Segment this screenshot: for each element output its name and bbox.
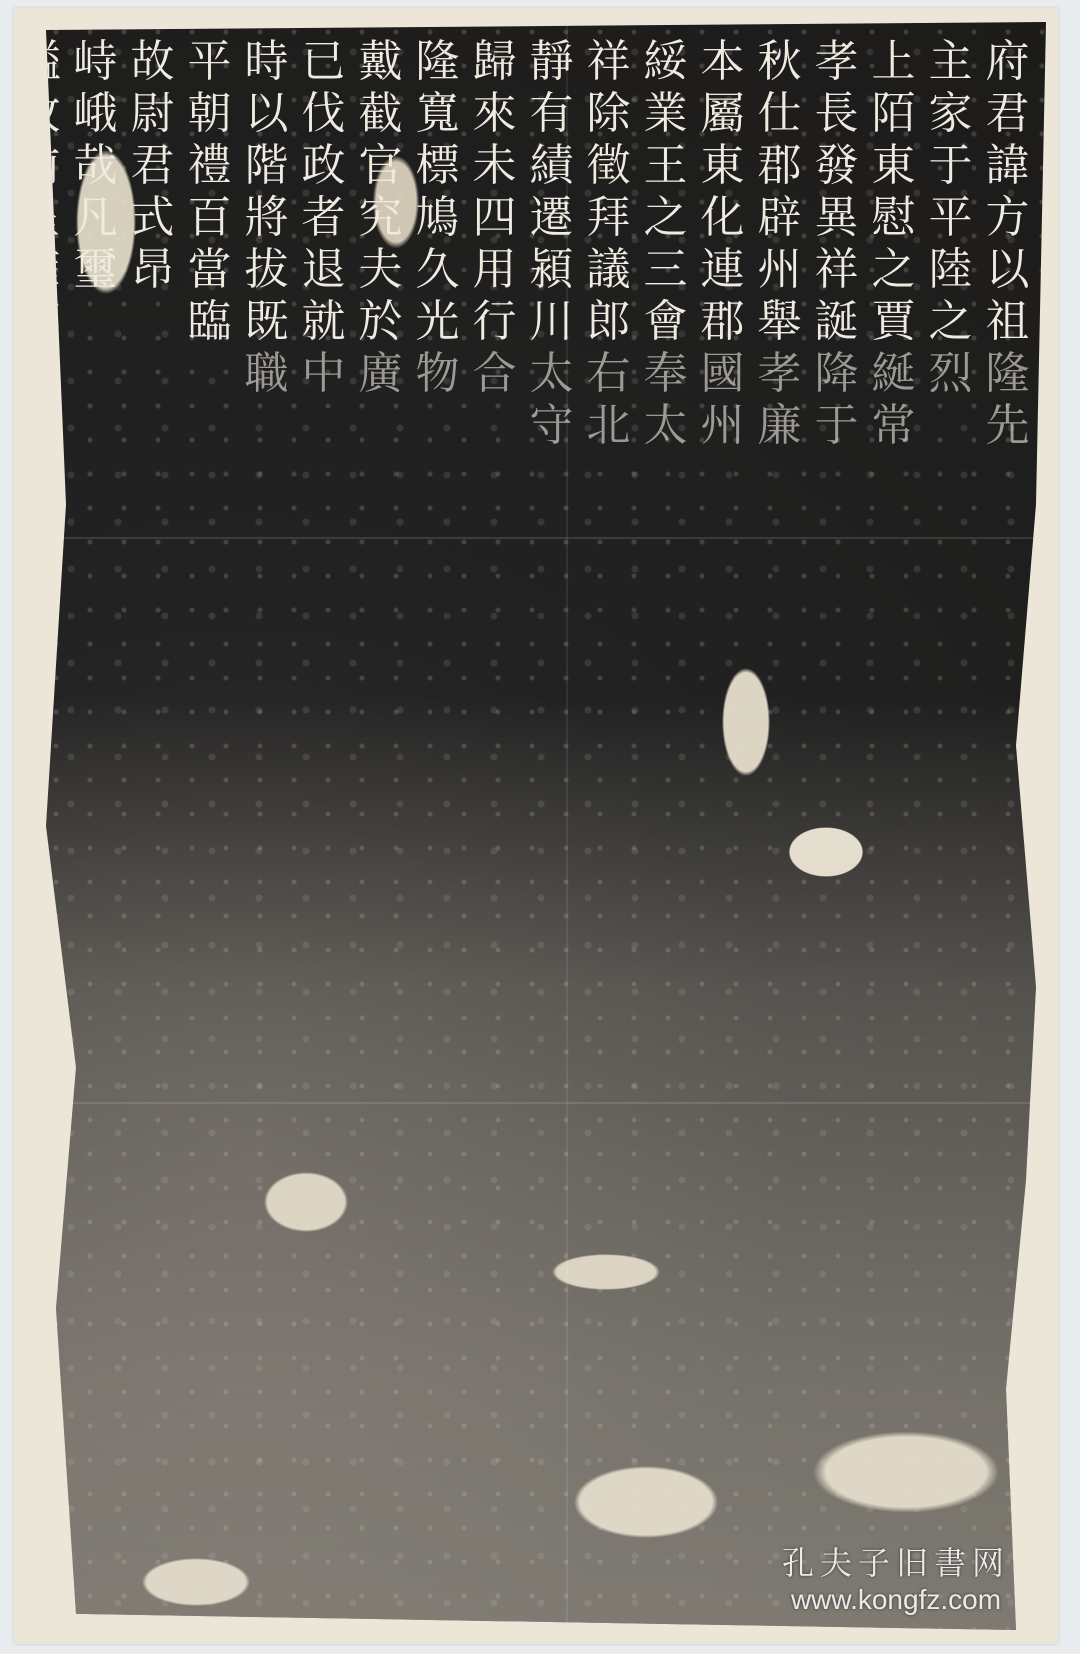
- inscription-character: 擁: [17, 244, 61, 296]
- weathered-area: [46, 22, 1046, 1630]
- watermark-site-name: 孔夫子旧書网: [782, 1538, 1010, 1584]
- inscription-character: 退: [0, 140, 4, 192]
- rubbing-paper-sheet: 府君諱方以祖隆先 主家于平陸之烈 上陌東慰之賈綖常 孝長發異祥誕降于 秋仕郡辟州…: [14, 8, 1058, 1644]
- fold-line: [46, 1102, 1046, 1104]
- inscription-character: 身: [0, 192, 4, 244]
- watermark-url: www.kongfz.com: [782, 1584, 1010, 1616]
- stele-rubbing: 府君諱方以祖隆先 主家于平陸之烈 上陌東慰之賈綖常 孝長發異祥誕降于 秋仕郡辟州…: [46, 22, 1046, 1630]
- inscription-character: 後: [0, 88, 4, 140]
- inscription-character: 寡: [0, 36, 4, 88]
- inscription-character: 英: [17, 296, 61, 348]
- fold-line: [46, 537, 1046, 539]
- inscription-column: 寡後退身: [0, 36, 10, 1616]
- fold-line: [566, 22, 568, 1630]
- watermark: 孔夫子旧書网 www.kongfz.com: [782, 1538, 1010, 1616]
